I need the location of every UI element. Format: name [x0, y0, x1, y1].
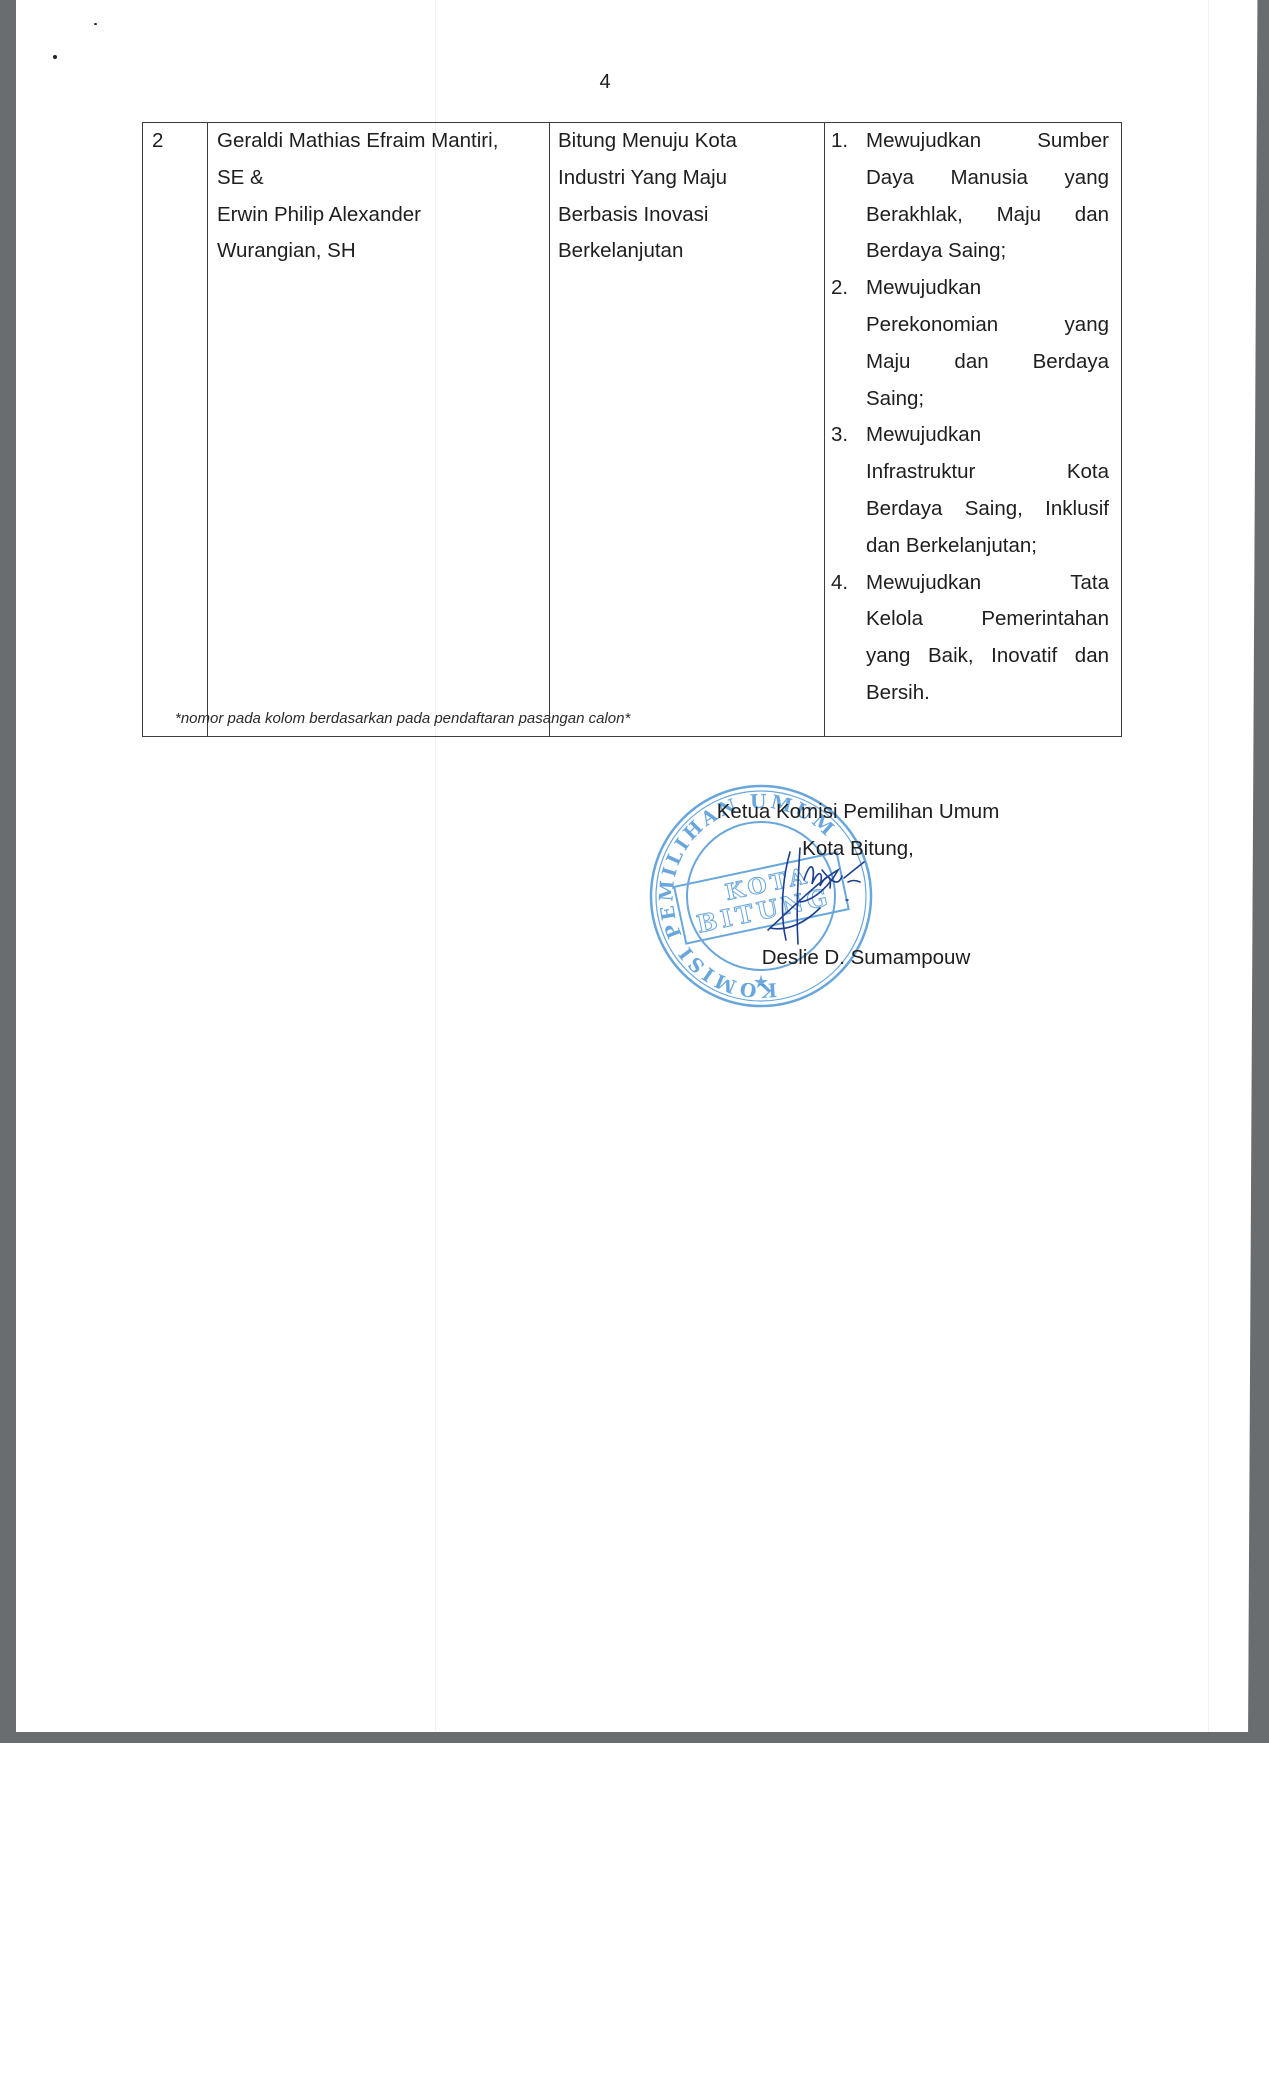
misi-line: Mewujudkan: [866, 417, 1109, 454]
misi-number: 4.: [831, 565, 866, 712]
visi-line: Berbasis Inovasi: [558, 197, 824, 234]
misi-item: 4. Mewujudkan Tata Kelola Pemerintahan y…: [831, 565, 1109, 712]
handwritten-signature-icon: [760, 840, 880, 950]
cell-visi: Bitung Menuju Kota Industri Yang Maju Be…: [550, 123, 825, 737]
cell-misi: 1. Mewujudkan Sumber Daya Manusia yang B…: [825, 123, 1122, 737]
misi-line: Saing;: [866, 381, 1109, 418]
misi-line: yang Baik, Inovatif dan: [866, 638, 1109, 675]
misi-number: 3.: [831, 417, 866, 564]
misi-line: dan Berkelanjutan;: [866, 528, 1109, 565]
misi-item: 2. Mewujudkan Perekonomian yang Maju dan…: [831, 270, 1109, 417]
misi-line: Bersih.: [866, 675, 1109, 712]
misi-line: Maju dan Berdaya: [866, 344, 1109, 381]
visi-line: Industri Yang Maju: [558, 160, 824, 197]
misi-list: 1. Mewujudkan Sumber Daya Manusia yang B…: [831, 123, 1109, 712]
candidate-table: 2 Geraldi Mathias Efraim Mantiri, SE & E…: [142, 122, 1122, 737]
name-line: Geraldi Mathias Efraim Mantiri,: [217, 123, 549, 160]
signatory-title: Ketua Komisi Pemilihan Umum: [680, 800, 1036, 824]
scan-speck: [53, 55, 57, 59]
name-line: Wurangian, SH: [217, 233, 549, 270]
misi-number: 1.: [831, 123, 866, 270]
misi-line: Daya Manusia yang: [866, 160, 1109, 197]
misi-line: Infrastruktur Kota: [866, 454, 1109, 491]
page-number: 4: [597, 71, 613, 94]
name-line: SE &: [217, 160, 549, 197]
misi-line: Berakhlak, Maju dan: [866, 197, 1109, 234]
cell-candidate-names: Geraldi Mathias Efraim Mantiri, SE & Erw…: [208, 123, 550, 737]
scan-frame-right: [1248, 0, 1269, 1743]
name-line: Erwin Philip Alexander: [217, 197, 549, 234]
misi-line: Berdaya Saing, Inklusif: [866, 491, 1109, 528]
scan-frame-left: [0, 0, 16, 1743]
misi-item: 3. Mewujudkan Infrastruktur Kota Berdaya…: [831, 417, 1109, 564]
visi-line: Berkelanjutan: [558, 233, 824, 270]
visi-line: Bitung Menuju Kota: [558, 123, 824, 160]
table-row: 2 Geraldi Mathias Efraim Mantiri, SE & E…: [143, 123, 1122, 737]
stamp-star-icon: ★: [753, 972, 769, 992]
misi-item: 1. Mewujudkan Sumber Daya Manusia yang B…: [831, 123, 1109, 270]
scan-speck: [94, 23, 97, 25]
misi-line: Kelola Pemerintahan: [866, 601, 1109, 638]
misi-line: Mewujudkan: [866, 270, 1109, 307]
cell-number: 2: [143, 123, 208, 737]
misi-number: 2.: [831, 270, 866, 417]
misi-line: Perekonomian yang: [866, 307, 1109, 344]
scan-frame-bottom: [0, 1732, 1269, 1743]
scan-crease: [1208, 0, 1209, 1732]
misi-line: Berdaya Saing;: [866, 233, 1109, 270]
misi-line: Mewujudkan Sumber: [866, 123, 1109, 160]
table-footnote: *nomor pada kolom berdasarkan pada penda…: [175, 710, 630, 727]
misi-line: Mewujudkan Tata: [866, 565, 1109, 602]
